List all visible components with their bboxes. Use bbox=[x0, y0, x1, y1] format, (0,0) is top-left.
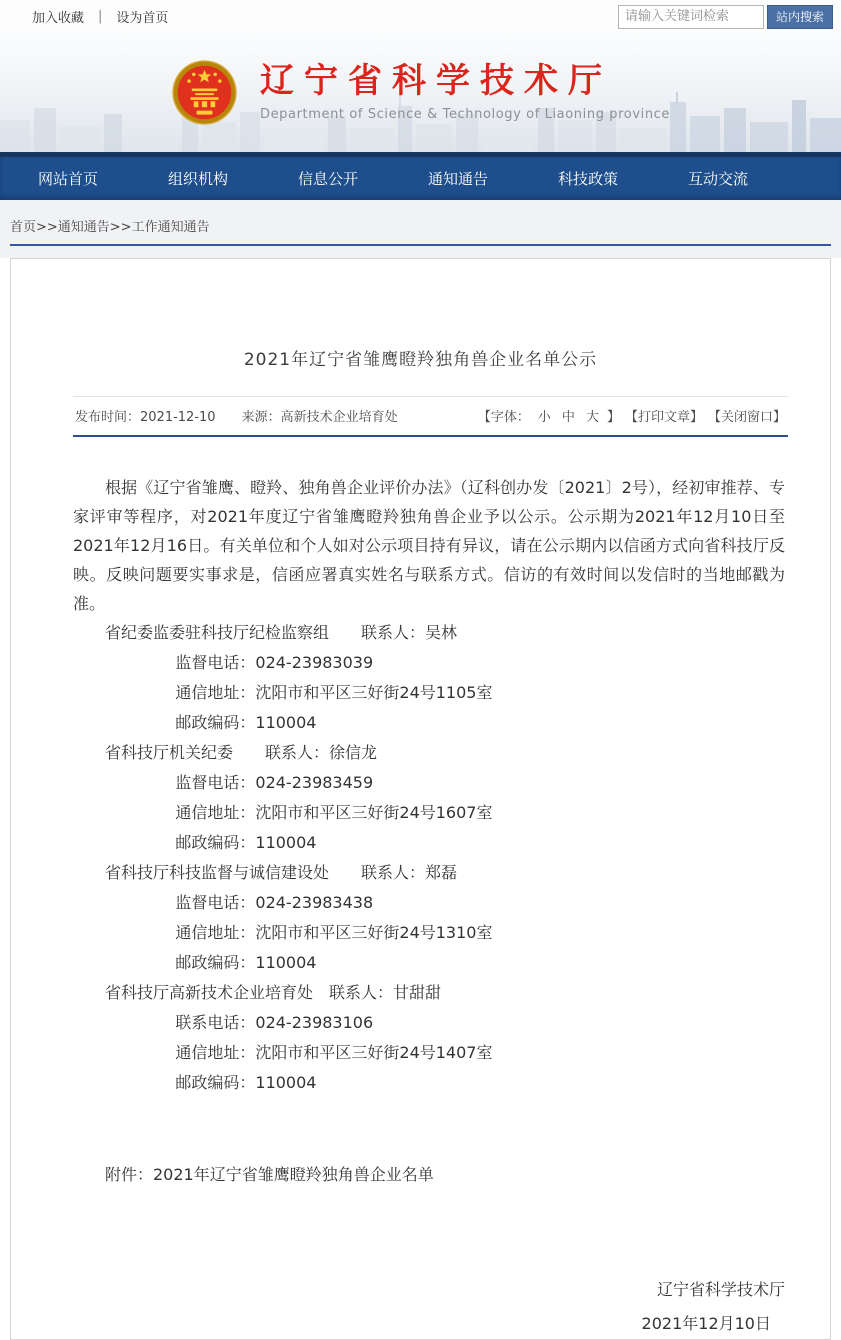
nav-item-info-disclosure[interactable]: 信息公开 bbox=[298, 168, 428, 189]
site-banner: 辽宁省科学技术厅 Department of Science & Technol… bbox=[0, 33, 841, 152]
font-size-small-button[interactable]: 小 bbox=[538, 406, 551, 425]
national-emblem-icon bbox=[171, 59, 238, 126]
contact-heading: 省科技厅高新技术企业培育处 联系人：甘甜甜 bbox=[73, 978, 785, 1008]
contact-line: 监督电话：024-23983039 bbox=[73, 648, 785, 678]
publish-date-label: 发布时间： bbox=[75, 410, 140, 425]
attachment-link[interactable]: 附件：2021年辽宁省雏鹰瞪羚独角兽企业名单 bbox=[105, 1165, 434, 1184]
contact-line: 通信地址：沈阳市和平区三好街24号1607室 bbox=[73, 798, 785, 828]
set-homepage-link[interactable]: 设为首页 bbox=[116, 7, 168, 26]
signature-org: 辽宁省科学技术厅 bbox=[73, 1275, 785, 1305]
site-search-button[interactable]: 站内搜索 bbox=[767, 5, 833, 29]
contact-line: 联系电话：024-23983106 bbox=[73, 1008, 785, 1038]
print-article-button[interactable]: 【打印文章】 bbox=[625, 406, 703, 425]
article-meta-info: 发布时间：2021-12-10来源：高新技术企业培育处 bbox=[75, 406, 398, 425]
contact-line: 通信地址：沈阳市和平区三好街24号1105室 bbox=[73, 678, 785, 708]
main-navigation: 网站首页 组织机构 信息公开 通知通告 科技政策 互动交流 bbox=[0, 152, 841, 200]
contact-line: 监督电话：024-23983459 bbox=[73, 768, 785, 798]
breadcrumb-divider bbox=[10, 244, 831, 246]
article-paragraph: 根据《辽宁省雏鹰、瞪羚、独角兽企业评价办法》（辽科创办发〔2021〕2号），经初… bbox=[73, 473, 785, 618]
font-size-suffix: 】 bbox=[607, 406, 620, 425]
article-body: 根据《辽宁省雏鹰、瞪羚、独角兽企业评价办法》（辽科创办发〔2021〕2号），经初… bbox=[11, 437, 830, 1339]
add-favorite-link[interactable]: 加入收藏 bbox=[32, 7, 84, 26]
contact-line: 邮政编码：110004 bbox=[73, 1068, 785, 1098]
breadcrumb[interactable]: 首页>>通知通告>>工作通知通告 bbox=[10, 216, 831, 235]
source-label: 来源： bbox=[242, 410, 281, 425]
divider: | bbox=[98, 9, 102, 24]
contact-heading: 省科技厅机关纪委 联系人：徐信龙 bbox=[73, 738, 785, 768]
site-subtitle: Department of Science & Technology of Li… bbox=[260, 107, 670, 122]
article-title: 2021年辽宁省雏鹰瞪羚独角兽企业名单公示 bbox=[11, 345, 830, 370]
breadcrumb-band: 首页>>通知通告>>工作通知通告 bbox=[0, 200, 841, 258]
publish-date-value: 2021-12-10 bbox=[140, 410, 216, 425]
font-size-prefix: 【字体： bbox=[478, 406, 530, 425]
article-meta-bar: 发布时间：2021-12-10来源：高新技术企业培育处 【字体： 小 中 大 】… bbox=[73, 396, 788, 437]
close-window-button[interactable]: 【关闭窗口】 bbox=[708, 406, 786, 425]
contact-line: 监督电话：024-23983438 bbox=[73, 888, 785, 918]
nav-item-policies[interactable]: 科技政策 bbox=[558, 168, 688, 189]
nav-item-organization[interactable]: 组织机构 bbox=[168, 168, 298, 189]
search-input[interactable] bbox=[618, 5, 764, 29]
top-utility-bar: 加入收藏 | 设为首页 站内搜索 bbox=[0, 0, 841, 33]
contact-line: 邮政编码：110004 bbox=[73, 828, 785, 858]
article-container: 2021年辽宁省雏鹰瞪羚独角兽企业名单公示 发布时间：2021-12-10来源：… bbox=[10, 258, 831, 1340]
contact-line: 邮政编码：110004 bbox=[73, 708, 785, 738]
contact-line: 通信地址：沈阳市和平区三好街24号1310室 bbox=[73, 918, 785, 948]
site-title: 辽宁省科学技术厅 bbox=[260, 63, 670, 100]
nav-item-notices[interactable]: 通知通告 bbox=[428, 168, 558, 189]
contact-heading: 省科技厅科技监督与诚信建设处 联系人：郑磊 bbox=[73, 858, 785, 888]
site-identity: 辽宁省科学技术厅 Department of Science & Technol… bbox=[260, 63, 670, 122]
font-size-medium-button[interactable]: 中 bbox=[562, 406, 575, 425]
attachment-row: 附件：2021年辽宁省雏鹰瞪羚独角兽企业名单 bbox=[73, 1160, 785, 1190]
contact-heading: 省纪委监委驻科技厅纪检监察组 联系人：吴林 bbox=[73, 618, 785, 648]
nav-item-home[interactable]: 网站首页 bbox=[38, 168, 168, 189]
contact-line: 邮政编码：110004 bbox=[73, 948, 785, 978]
signature-date: 2021年12月10日 bbox=[73, 1309, 785, 1339]
nav-item-interaction[interactable]: 互动交流 bbox=[688, 168, 818, 189]
article-tools: 【字体： 小 中 大 】 【打印文章】 【关闭窗口】 bbox=[478, 406, 786, 425]
source-value: 高新技术企业培育处 bbox=[281, 410, 398, 425]
font-size-large-button[interactable]: 大 bbox=[586, 406, 599, 425]
contact-line: 通信地址：沈阳市和平区三好街24号1407室 bbox=[73, 1038, 785, 1068]
